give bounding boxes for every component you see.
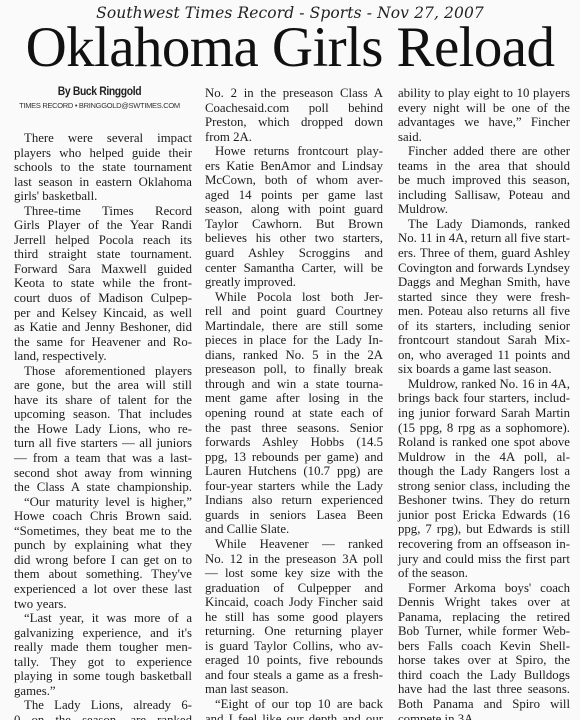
article-text-line: greatly improved.: [205, 275, 383, 290]
article-text-line: Howe coach Chris Brown said.: [14, 509, 192, 524]
article-text-line: experienced a lot over these last: [14, 582, 192, 597]
article-text-line: through and win a state tourna-: [205, 377, 383, 392]
article-text-line: Three-time Times Record: [14, 204, 192, 219]
article-text-line: (15 ppg, 8 rpg as a sophomore).: [398, 421, 570, 436]
article-text-line: Former Arkoma boys' coach: [398, 581, 570, 596]
article-text-line: including Sallisaw, Poteau and: [398, 188, 570, 203]
article-text-line: court duos of Madison Culpep-: [14, 291, 192, 306]
article-text-line: Covington and forwards Lyndsey: [398, 261, 570, 276]
article-text-line: brings back four starters, includ-: [398, 391, 570, 406]
article-text-line: The Lady Diamonds, ranked: [398, 217, 570, 232]
article-text-line: preseason poll, to finally break: [205, 362, 383, 377]
article-text-line: and I feel like our depth and our: [205, 712, 383, 720]
article-text-line: The Lady Lions, already 6-: [14, 698, 192, 713]
article-text-line: galvanizing experience, and it's: [14, 626, 192, 641]
article-text-line: No. 12 in the preseason 3A poll: [205, 552, 383, 567]
article-text-line: are gone, but the area will still: [14, 378, 192, 393]
article-text-line: returning. One returning player: [205, 624, 383, 639]
article-text-line: is guard Taylor Collins, who av-: [205, 639, 383, 654]
article-text-line: center Samantha Carter, will be: [205, 261, 383, 276]
article-text-line: No. 11 in 4A, return all five start-: [398, 231, 570, 246]
article-text-line: advantages we have,” Fincher: [398, 115, 570, 130]
article-text-line: Howe returns frontcourt play-: [205, 144, 383, 159]
article-text-line: opening round at state each of: [205, 406, 383, 421]
article-text-line: men. Poteau also returns all five: [398, 304, 570, 319]
article-text-line: jury and could miss the first part: [398, 552, 570, 567]
article-text-line: ers Katie BenAmor and Lindsay: [205, 159, 383, 174]
article-text-line: “Sometimes, they beat me to the: [14, 524, 192, 539]
article-text-line: the past three seasons. Senior: [205, 421, 383, 436]
article-text-line: ing junior forward Sarah Martin: [398, 406, 570, 421]
article-column-1: There were several impactplayers who hel…: [14, 131, 192, 720]
article-text-line: Roland is ranked one spot above: [398, 435, 570, 450]
article-text-line: Those aforementioned players: [14, 364, 192, 379]
article-text-line: — lost some key size with the: [205, 566, 383, 581]
article-text-line: he still has some good players: [205, 610, 383, 625]
article-text-line: the Class A state championship.: [14, 480, 192, 495]
article-text-line: 0 on the season, are ranked: [14, 713, 192, 720]
article-text-line: of the season.: [398, 566, 570, 581]
article-text-line: believes his other two starters,: [205, 231, 383, 246]
article-text-line: rell and point guard Courtney: [205, 304, 383, 319]
article-text-line: third straight state tournament.: [14, 247, 192, 262]
article-text-line: girls' basketball.: [14, 189, 192, 204]
article-text-line: games.”: [14, 684, 192, 699]
article-text-line: Preston, which dropped down: [205, 115, 383, 130]
article-text-line: four-year starters while the Lady: [205, 479, 383, 494]
article-text-line: There were several impact: [14, 131, 192, 146]
article-text-line: and four steals a game as a fresh-: [205, 668, 383, 683]
article-text-line: Fincher added there are other: [398, 144, 570, 159]
article-text-line: Lauren Hutchens (10.7 ppg) are: [205, 464, 383, 479]
article-text-line: Panama, replacing the retired: [398, 610, 570, 625]
article-text-line: graduation of Culpepper and: [205, 581, 383, 596]
article-text-line: from 2A.: [205, 130, 383, 145]
article-column-3: ability to play eight to 10 playersevery…: [398, 86, 570, 720]
article-text-line: and Callie Slate.: [205, 522, 383, 537]
article-text-line: Dennis Wright takes over at: [398, 595, 570, 610]
article-text-line: last season in eastern Oklahoma: [14, 175, 192, 190]
article-headline: Oklahoma Girls Reload: [0, 16, 580, 80]
article-text-line: per and Kelsey Kincaid, as well: [14, 306, 192, 321]
article-text-line: be much improved this season,: [398, 173, 570, 188]
article-text-line: of its starters, including senior: [398, 319, 570, 334]
article-text-line: bers Falls coach Kevin Shell-: [398, 639, 570, 654]
article-text-line: “Last year, it was more of a: [14, 611, 192, 626]
article-text-line: Daggs and Meghan Smith, have: [398, 275, 570, 290]
article-text-line: “Eight of our top 10 are back: [205, 697, 383, 712]
article-text-line: Keota to state while the front-: [14, 276, 192, 291]
byline-contact: TIMES RECORD • BRINGGOLD@SWTIMES.COM: [12, 101, 187, 110]
article-text-line: have its share of talent for the: [14, 393, 192, 408]
article-text-line: guard Ashley Scroggins and: [205, 246, 383, 261]
article-text-line: season, along with point guard: [205, 202, 383, 217]
article-text-line: started since they were fresh-: [398, 290, 570, 305]
article-text-line: turn all five starters — all juniors: [14, 436, 192, 451]
article-text-line: Taylor Cawhorn. But Brown: [205, 217, 383, 232]
article-text-line: did wrong before I can get on to: [14, 553, 192, 568]
article-text-line: While Pocola lost both Jer-: [205, 290, 383, 305]
article-text-line: ment game after losing in the: [205, 391, 383, 406]
article-text-line: ers. Three of them, guard Ashley: [398, 246, 570, 261]
article-text-line: “Our maturity level is higher,”: [14, 495, 192, 510]
article-text-line: dians, ranked No. 5 in the 2A: [205, 348, 383, 363]
article-text-line: Girls Player of the Year Randi: [14, 218, 192, 233]
article-text-line: six boards a game last season.: [398, 362, 570, 377]
article-text-line: Martindale, there are still some: [205, 319, 383, 334]
article-text-line: guards in seniors Lasea Been: [205, 508, 383, 523]
article-text-line: While Heavener — ranked: [205, 537, 383, 552]
article-text-line: Muldrow in the 4A poll, al-: [398, 450, 570, 465]
article-text-line: tally. They got to experience: [14, 655, 192, 670]
article-text-line: the same for Heavener and Ro-: [14, 335, 192, 350]
article-text-line: compete in 3A.: [398, 712, 570, 720]
article-text-line: McCown, both of whom aver-: [205, 173, 383, 188]
article-text-line: players who helped guide their: [14, 146, 192, 161]
article-text-line: horse takes over at Spiro, the: [398, 653, 570, 668]
article-text-line: them about something. They've: [14, 567, 192, 582]
article-text-line: ppg, 13 rebounds per game) and: [205, 450, 383, 465]
byline: By Buck Ringgold TIMES RECORD • BRINGGOL…: [12, 86, 187, 110]
article-text-line: Muldrow.: [398, 202, 570, 217]
article-text-line: Indians also return experienced: [205, 493, 383, 508]
article-text-line: upcoming season. That includes: [14, 407, 192, 422]
article-text-line: No. 2 in the preseason Class A: [205, 86, 383, 101]
article-text-line: Bob Turner, while former Web-: [398, 624, 570, 639]
article-text-line: pieces in place for the Lady In-: [205, 333, 383, 348]
article-text-line: punch by explaining what they: [14, 538, 192, 553]
article-text-line: as Katie and Jenny Beshoner, did: [14, 320, 192, 335]
article-text-line: Forward Sara Maxwell guided: [14, 262, 192, 277]
byline-author: By Buck Ringgold: [21, 86, 179, 98]
article-text-line: the Howe Lady Lions, who re-: [14, 422, 192, 437]
article-text-line: frontcourt standout Sarah Mix-: [398, 333, 570, 348]
article-column-2: No. 2 in the preseason Class ACoachesaid…: [205, 86, 383, 720]
article-text-line: aged 14 points per game last: [205, 188, 383, 203]
article-text-line: teams in the area that should: [398, 159, 570, 174]
article-text-line: though the Lady Rangers lost a: [398, 464, 570, 479]
article-text-line: Jerrell helped Pocola reach its: [14, 233, 192, 248]
article-text-line: Beshoner twins. They do return: [398, 493, 570, 508]
article-text-line: — from a team that was a last-: [14, 451, 192, 466]
article-text-line: every night will be one of the: [398, 101, 570, 116]
article-text-line: ppg, 7 rpg), but Edwards is still: [398, 522, 570, 537]
article-text-line: said.: [398, 130, 570, 145]
article-text-line: schools to the state tournament: [14, 160, 192, 175]
article-text-line: second shot away from winning: [14, 466, 192, 481]
article-text-line: really made them tougher men-: [14, 640, 192, 655]
article-text-line: strong senior class, including the: [398, 479, 570, 494]
article-text-line: Kincaid, coach Jody Fincher said: [205, 595, 383, 610]
article-text-line: Coachesaid.com poll behind: [205, 101, 383, 116]
article-text-line: two years.: [14, 597, 192, 612]
article-text-line: eraged 10 points, five rebounds: [205, 653, 383, 668]
article-text-line: junior post Ericka Edwards (16: [398, 508, 570, 523]
article-text-line: ability to play eight to 10 players: [398, 86, 570, 101]
article-text-line: have had the last three seasons.: [398, 682, 570, 697]
article-text-line: playing in some tough basketball: [14, 669, 192, 684]
article-text-line: Muldrow, ranked No. 16 in 4A,: [398, 377, 570, 392]
article-text-line: third coach the Lady Bulldogs: [398, 668, 570, 683]
article-text-line: on, who averaged 11 points and: [398, 348, 570, 363]
article-text-line: man last season.: [205, 682, 383, 697]
article-text-line: recovering from an offseason in-: [398, 537, 570, 552]
article-text-line: Both Panama and Spiro will: [398, 697, 570, 712]
article-text-line: land, respectively.: [14, 349, 192, 364]
article-text-line: forwards Ashley Hobbs (14.5: [205, 435, 383, 450]
